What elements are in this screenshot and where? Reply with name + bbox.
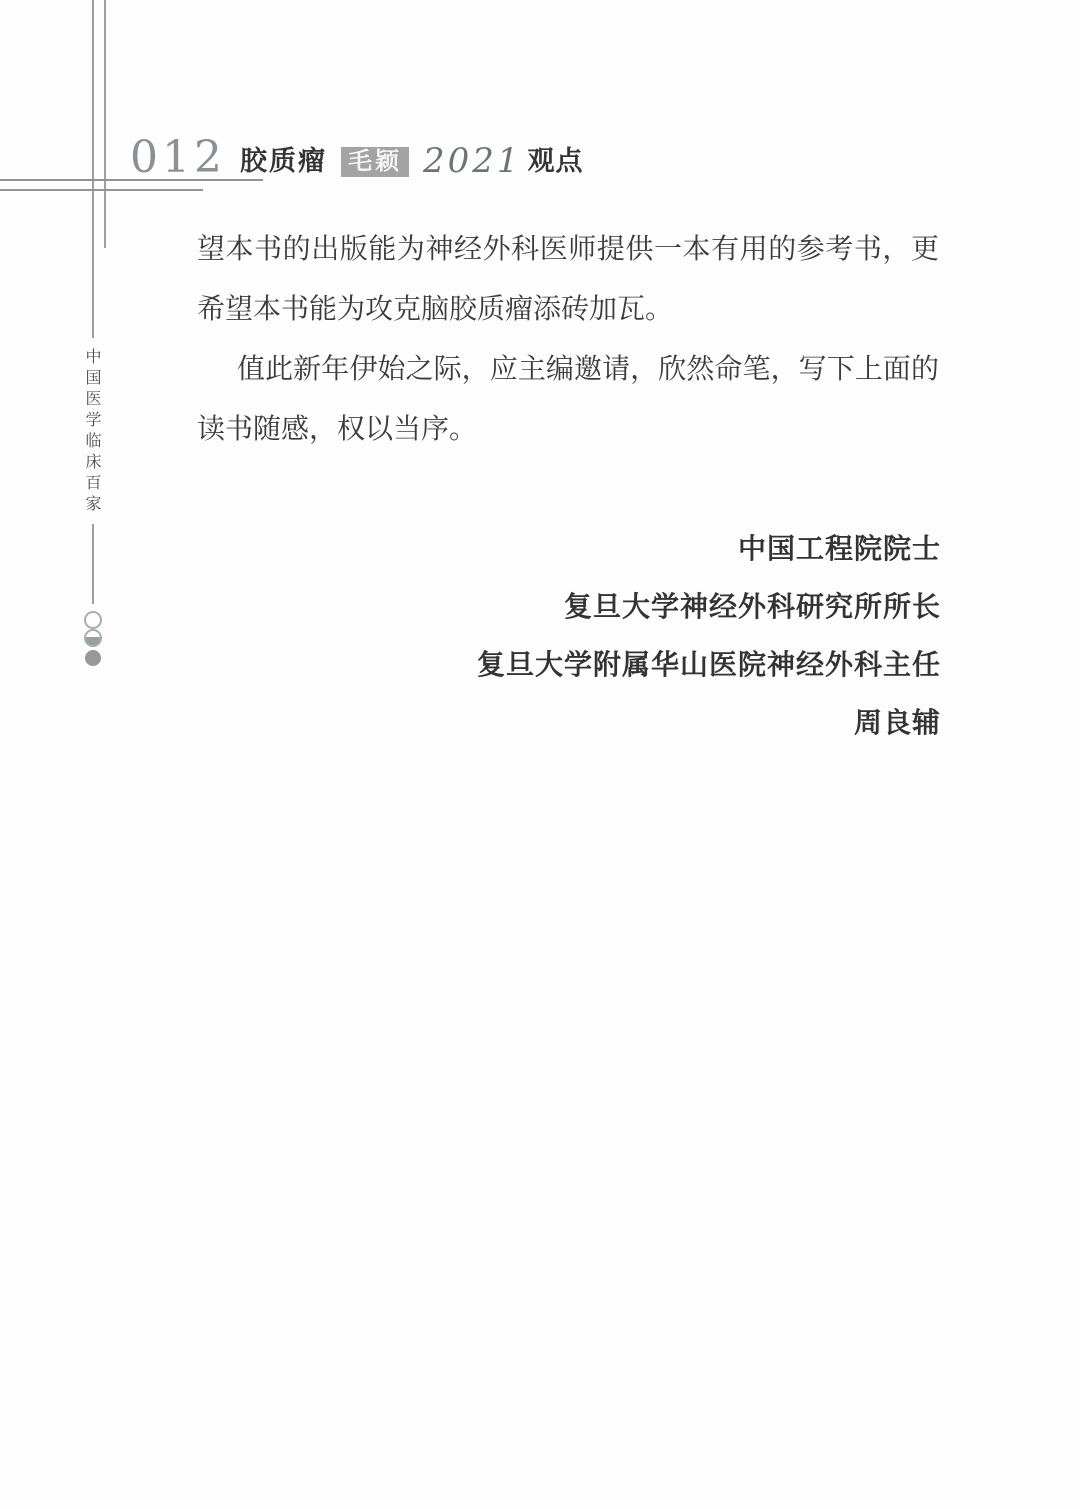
author-name-badge: 毛颖 — [341, 147, 409, 177]
corner-rule-vertical-outer — [92, 0, 94, 338]
dot-outline-icon — [84, 611, 102, 629]
running-header: 012 胶质瘤 毛颖 2021 观点 — [130, 138, 584, 178]
sidebar-rule — [92, 524, 94, 604]
series-title-vertical: 中国医学临床百家 — [80, 348, 103, 516]
signature-title-3: 复旦大学附属华山医院神经外科主任 — [400, 636, 941, 694]
edition-label: 观点 — [528, 144, 584, 178]
corner-rule-vertical-inner — [104, 0, 106, 248]
edition-year: 2021 — [423, 144, 522, 178]
header-rule-short — [0, 189, 203, 191]
dot-filled-icon — [85, 650, 101, 666]
page-number: 012 — [130, 138, 226, 178]
preface-paragraph-1: 望本书的出版能为神经外科医师提供一本有用的参考书，更希望本书能为攻克脑胶质瘤添砖… — [197, 220, 939, 340]
signature-block: 中国工程院院士 复旦大学神经外科研究所所长 复旦大学附属华山医院神经外科主任 周… — [400, 520, 941, 752]
signature-title-1: 中国工程院院士 — [400, 520, 941, 578]
preface-paragraph-2: 值此新年伊始之际，应主编邀请，欣然命笔，写下上面的读书随感，权以当序。 — [197, 340, 939, 460]
signature-title-2: 复旦大学神经外科研究所所长 — [400, 578, 941, 636]
dot-half-filled-icon — [84, 629, 102, 647]
preface-text: 望本书的出版能为神经外科医师提供一本有用的参考书，更希望本书能为攻克脑胶质瘤添砖… — [197, 220, 939, 460]
book-page: 012 胶质瘤 毛颖 2021 观点 中国医学临床百家 望本书的出版能为神经外科… — [0, 0, 1080, 1509]
signature-name: 周良辅 — [400, 694, 941, 752]
book-title: 胶质瘤 — [240, 144, 327, 178]
